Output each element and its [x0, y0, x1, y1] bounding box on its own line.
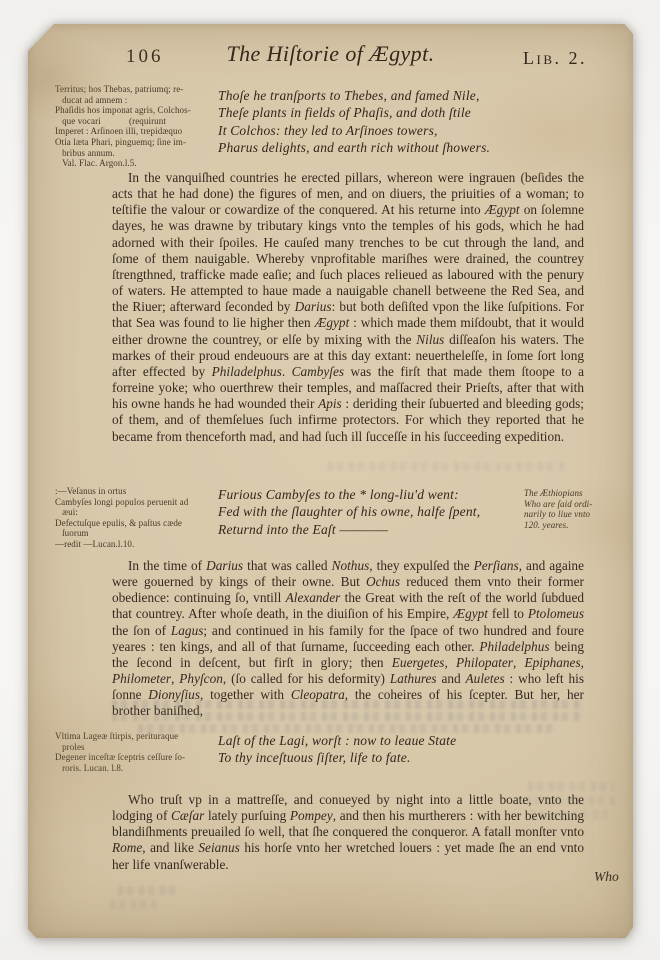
verse-line: To thy inceſtuous ſiſter, life to fate.: [218, 749, 456, 766]
verse-line: Thoſe he tranſports to Thebes, and famed…: [218, 87, 490, 104]
verse-line: Pharus delights, and earth rich without …: [218, 139, 490, 156]
book-page: 106 The Hiſtorie of Ægypt. Lib. 2. Terri…: [28, 24, 633, 938]
margin-note-aethiopians: The Æthiopians Who are ſaid ordi- narily…: [524, 488, 633, 530]
verse-line: Furious Cambyſes to the * long-liu'd wen…: [218, 486, 480, 503]
catchword: Who: [594, 869, 619, 885]
verse-line: Returnd into the Eaſt ————: [218, 521, 480, 538]
verse-line: Theſe plants in fields of Phaſis, and do…: [218, 104, 490, 121]
verse-line: It Colchos: they led to Arſinoes towers,: [218, 122, 490, 139]
verse-line: Fed with the ſlaughter of his owne, half…: [218, 503, 480, 520]
bleedthrough-artifact: [328, 462, 568, 471]
bleedthrough-artifact: [110, 900, 156, 909]
margin-note-lucan-8: Vltima Lageæ ſtirpis, perituraque proles…: [55, 731, 231, 773]
verse-line: Laſt of the Lagi, worſt : now to leaue S…: [218, 732, 456, 749]
verse-quote-cambyses: Furious Cambyſes to the * long-liu'd wen…: [218, 486, 480, 538]
bleedthrough-artifact: [528, 782, 614, 791]
body-paragraph-ptolemies: In the time of Darius that was called No…: [112, 558, 584, 720]
scanned-book-page: { "page": { "number": "106", "running_ti…: [0, 0, 660, 960]
page-scan: 106 The Hiſtorie of Ægypt. Lib. 2. Terri…: [28, 24, 633, 938]
verse-quote-thebes: Thoſe he tranſports to Thebes, and famed…: [218, 87, 490, 157]
bleedthrough-artifact: [118, 886, 178, 895]
body-paragraph-conquests: In the vanquiſhed countries he erected p…: [112, 170, 584, 445]
body-paragraph-cleopatra: Who truſt vp in a mattreſſe, and conueye…: [112, 792, 584, 873]
book-number-label: Lib. 2.: [523, 48, 587, 69]
verse-quote-lagi: Laſt of the Lagi, worſt : now to leaue S…: [218, 732, 456, 767]
margin-note-lucan-10: :—Veſanus in ortus Cambyſes longi populo…: [55, 486, 231, 550]
margin-note-valerius-flaccus: Territus; hos Thebas, patriumq; re- duca…: [55, 84, 231, 169]
